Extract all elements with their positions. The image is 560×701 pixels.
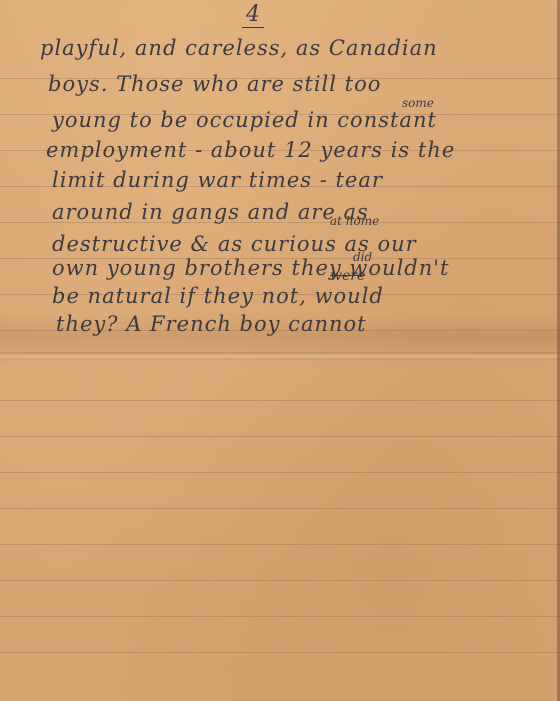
letter-page: 4 playful, and careless, as Canadian boy… xyxy=(0,0,560,701)
text-line: playful, and careless, as Canadian xyxy=(40,36,438,60)
text-line: around in gangs and are as xyxy=(52,200,369,224)
text-line: young to be occupied in constant xyxy=(52,108,437,132)
text-line: employment - about 12 years is the xyxy=(46,138,455,162)
text-line: they? A French boy cannot xyxy=(56,312,367,336)
ruled-line xyxy=(0,472,560,473)
insertion-at-home: at home xyxy=(330,214,379,228)
paper-fold xyxy=(0,352,560,360)
insertion-did: did xyxy=(353,250,372,264)
ruled-line xyxy=(0,400,560,401)
ruled-line xyxy=(0,616,560,617)
text-line: be natural if they not, would xyxy=(52,284,384,308)
page-number: 4 xyxy=(242,2,264,28)
text-line: boys. Those who are still too xyxy=(48,72,381,96)
ruled-line xyxy=(0,544,560,545)
text-line: own young brothers they wouldn't xyxy=(52,256,449,280)
text-line: limit during war times - tear xyxy=(52,168,383,192)
struck-word: were xyxy=(330,268,365,284)
ruled-line xyxy=(0,652,560,653)
ruled-line xyxy=(0,580,560,581)
ruled-line xyxy=(0,508,560,509)
ruled-line xyxy=(0,436,560,437)
